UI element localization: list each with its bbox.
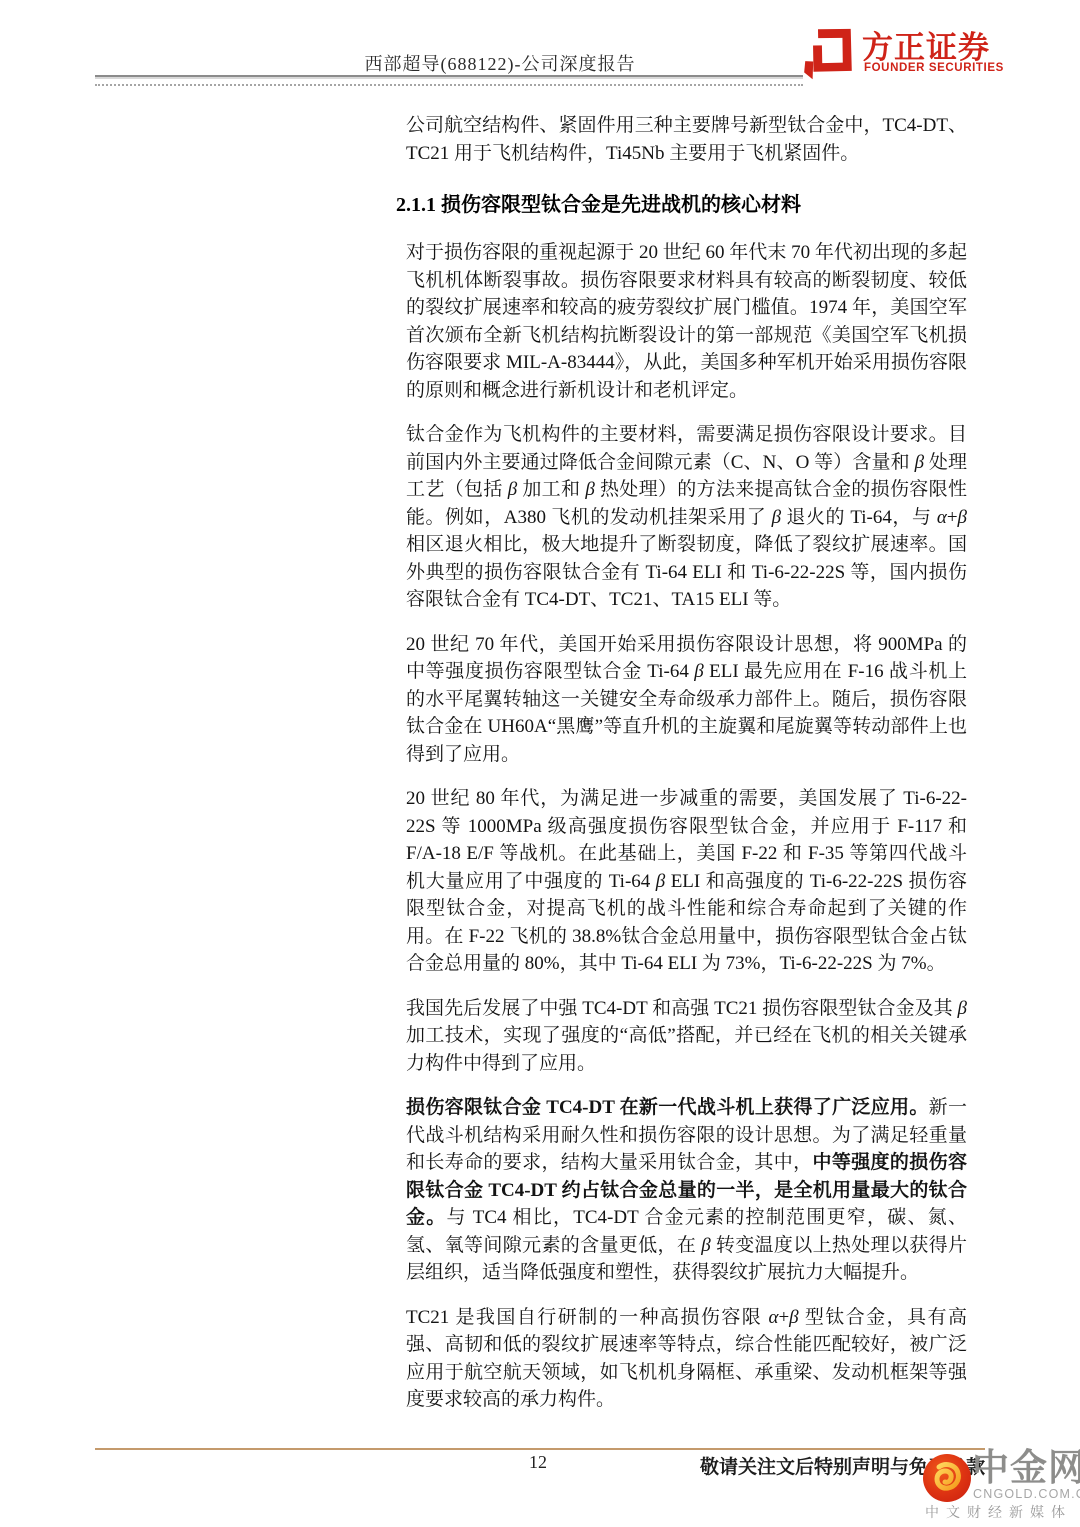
watermark-tagline: 中文财经新媒体 <box>925 1502 1072 1522</box>
footer-disclaimer: 敬请关注文后特别声明与免责条款 <box>700 1452 985 1479</box>
paragraph-list: 对于损伤容限的重视起源于 20 世纪 60 年代末 70 年代初出现的多起飞机机… <box>406 239 967 1414</box>
header-rule-solid <box>95 75 803 77</box>
paragraph: 我国先后发展了中强 TC4-DT 和高强 TC21 损伤容限型钛合金及其 β 加… <box>406 995 967 1078</box>
brand-name-en: FOUNDER SECURITIES <box>864 62 1004 74</box>
report-page: 西部超导(688122)-公司深度报告 方正证券 FOUNDER SECURIT… <box>0 0 1080 1527</box>
brand-name-cn: 方正证券 <box>862 22 990 67</box>
paragraph: 20 世纪 70 年代，美国开始采用损伤容限设计思想，将 900MPa 的中等强… <box>406 631 967 769</box>
footer-rule <box>95 1448 985 1450</box>
paragraph: TC21 是我国自行研制的一种高损伤容限 α+β 型钛合金，具有高强、高韧和低的… <box>406 1304 967 1414</box>
paragraph: 20 世纪 80 年代，为满足进一步减重的需要，美国发展了 Ti-6-22-22… <box>406 785 967 978</box>
founder-securities-logo: 方正证券 FOUNDER SECURITIES <box>800 22 1000 82</box>
intro-paragraph: 公司航空结构件、紧固件用三种主要牌号新型钛合金中，TC4-DT、TC21 用于飞… <box>406 112 967 167</box>
header-rule-dotted <box>95 84 803 86</box>
watermark-domain: CNGOLD.COM.CN <box>973 1487 1080 1501</box>
founder-logo-icon <box>800 24 856 80</box>
paragraph: 钛合金作为飞机构件的主要材料，需要满足损伤容限设计要求。目前国内外主要通过降低合… <box>406 421 967 614</box>
section-heading: 2.1.1 损伤容限型钛合金是先进战机的核心材料 <box>396 191 967 219</box>
paragraph: 对于损伤容限的重视起源于 20 世纪 60 年代末 70 年代初出现的多起飞机机… <box>406 239 967 404</box>
paragraph: 损伤容限钛合金 TC4-DT 在新一代战斗机上获得了广泛应用。新一代战斗机结构采… <box>406 1094 967 1287</box>
document-body: 公司航空结构件、紧固件用三种主要牌号新型钛合金中，TC4-DT、TC21 用于飞… <box>406 112 967 1431</box>
